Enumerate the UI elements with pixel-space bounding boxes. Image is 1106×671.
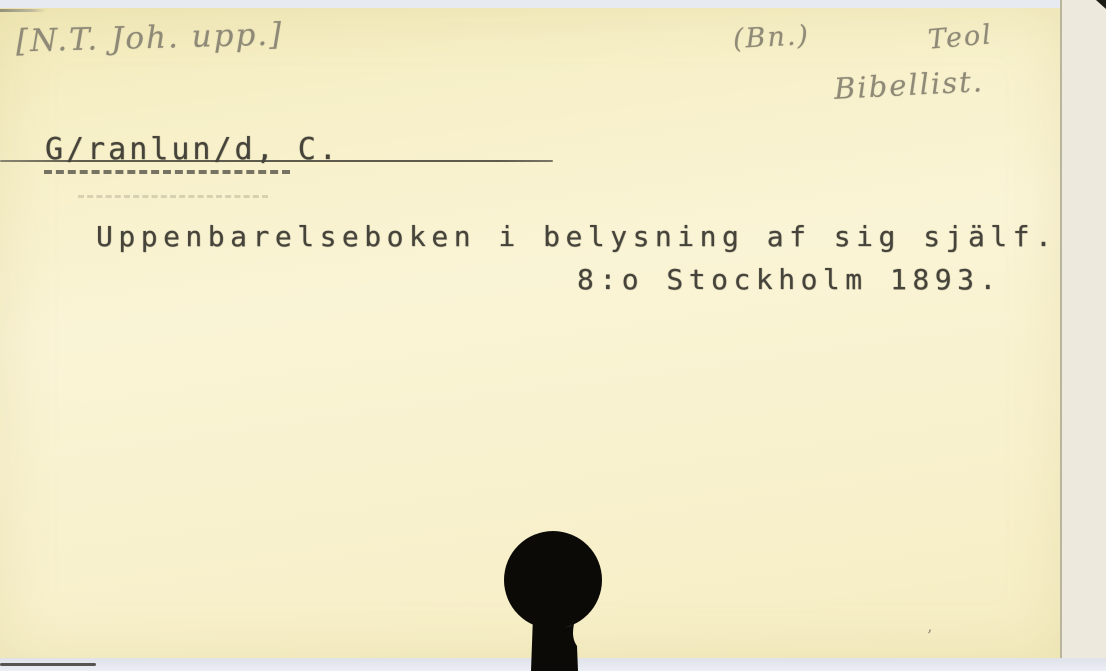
- handwritten-subject-note-2: Bibellist.: [833, 64, 984, 106]
- typed-underline: [44, 170, 290, 174]
- card-top-edge: [0, 9, 46, 12]
- title-line-1: Uppenbarelseboken i belysning af sig sjä…: [96, 220, 1057, 253]
- card-bottom-edge-shadow: [0, 663, 96, 666]
- title-line-2: 8:o Stockholm 1893.: [577, 263, 1002, 296]
- handwritten-classification-note: [N.T. Joh. upp.]: [16, 17, 284, 60]
- handwritten-code-note: (Bn.): [732, 20, 810, 55]
- hole-punch-icon: [498, 528, 614, 671]
- handwritten-subject-note-1: Teol: [927, 19, 994, 56]
- stray-pencil-mark: ’: [927, 626, 932, 645]
- author-heading: G/ranlun/d, C.: [45, 132, 340, 167]
- card-right-edge: [1060, 0, 1106, 660]
- faint-erased-underline: [78, 195, 268, 198]
